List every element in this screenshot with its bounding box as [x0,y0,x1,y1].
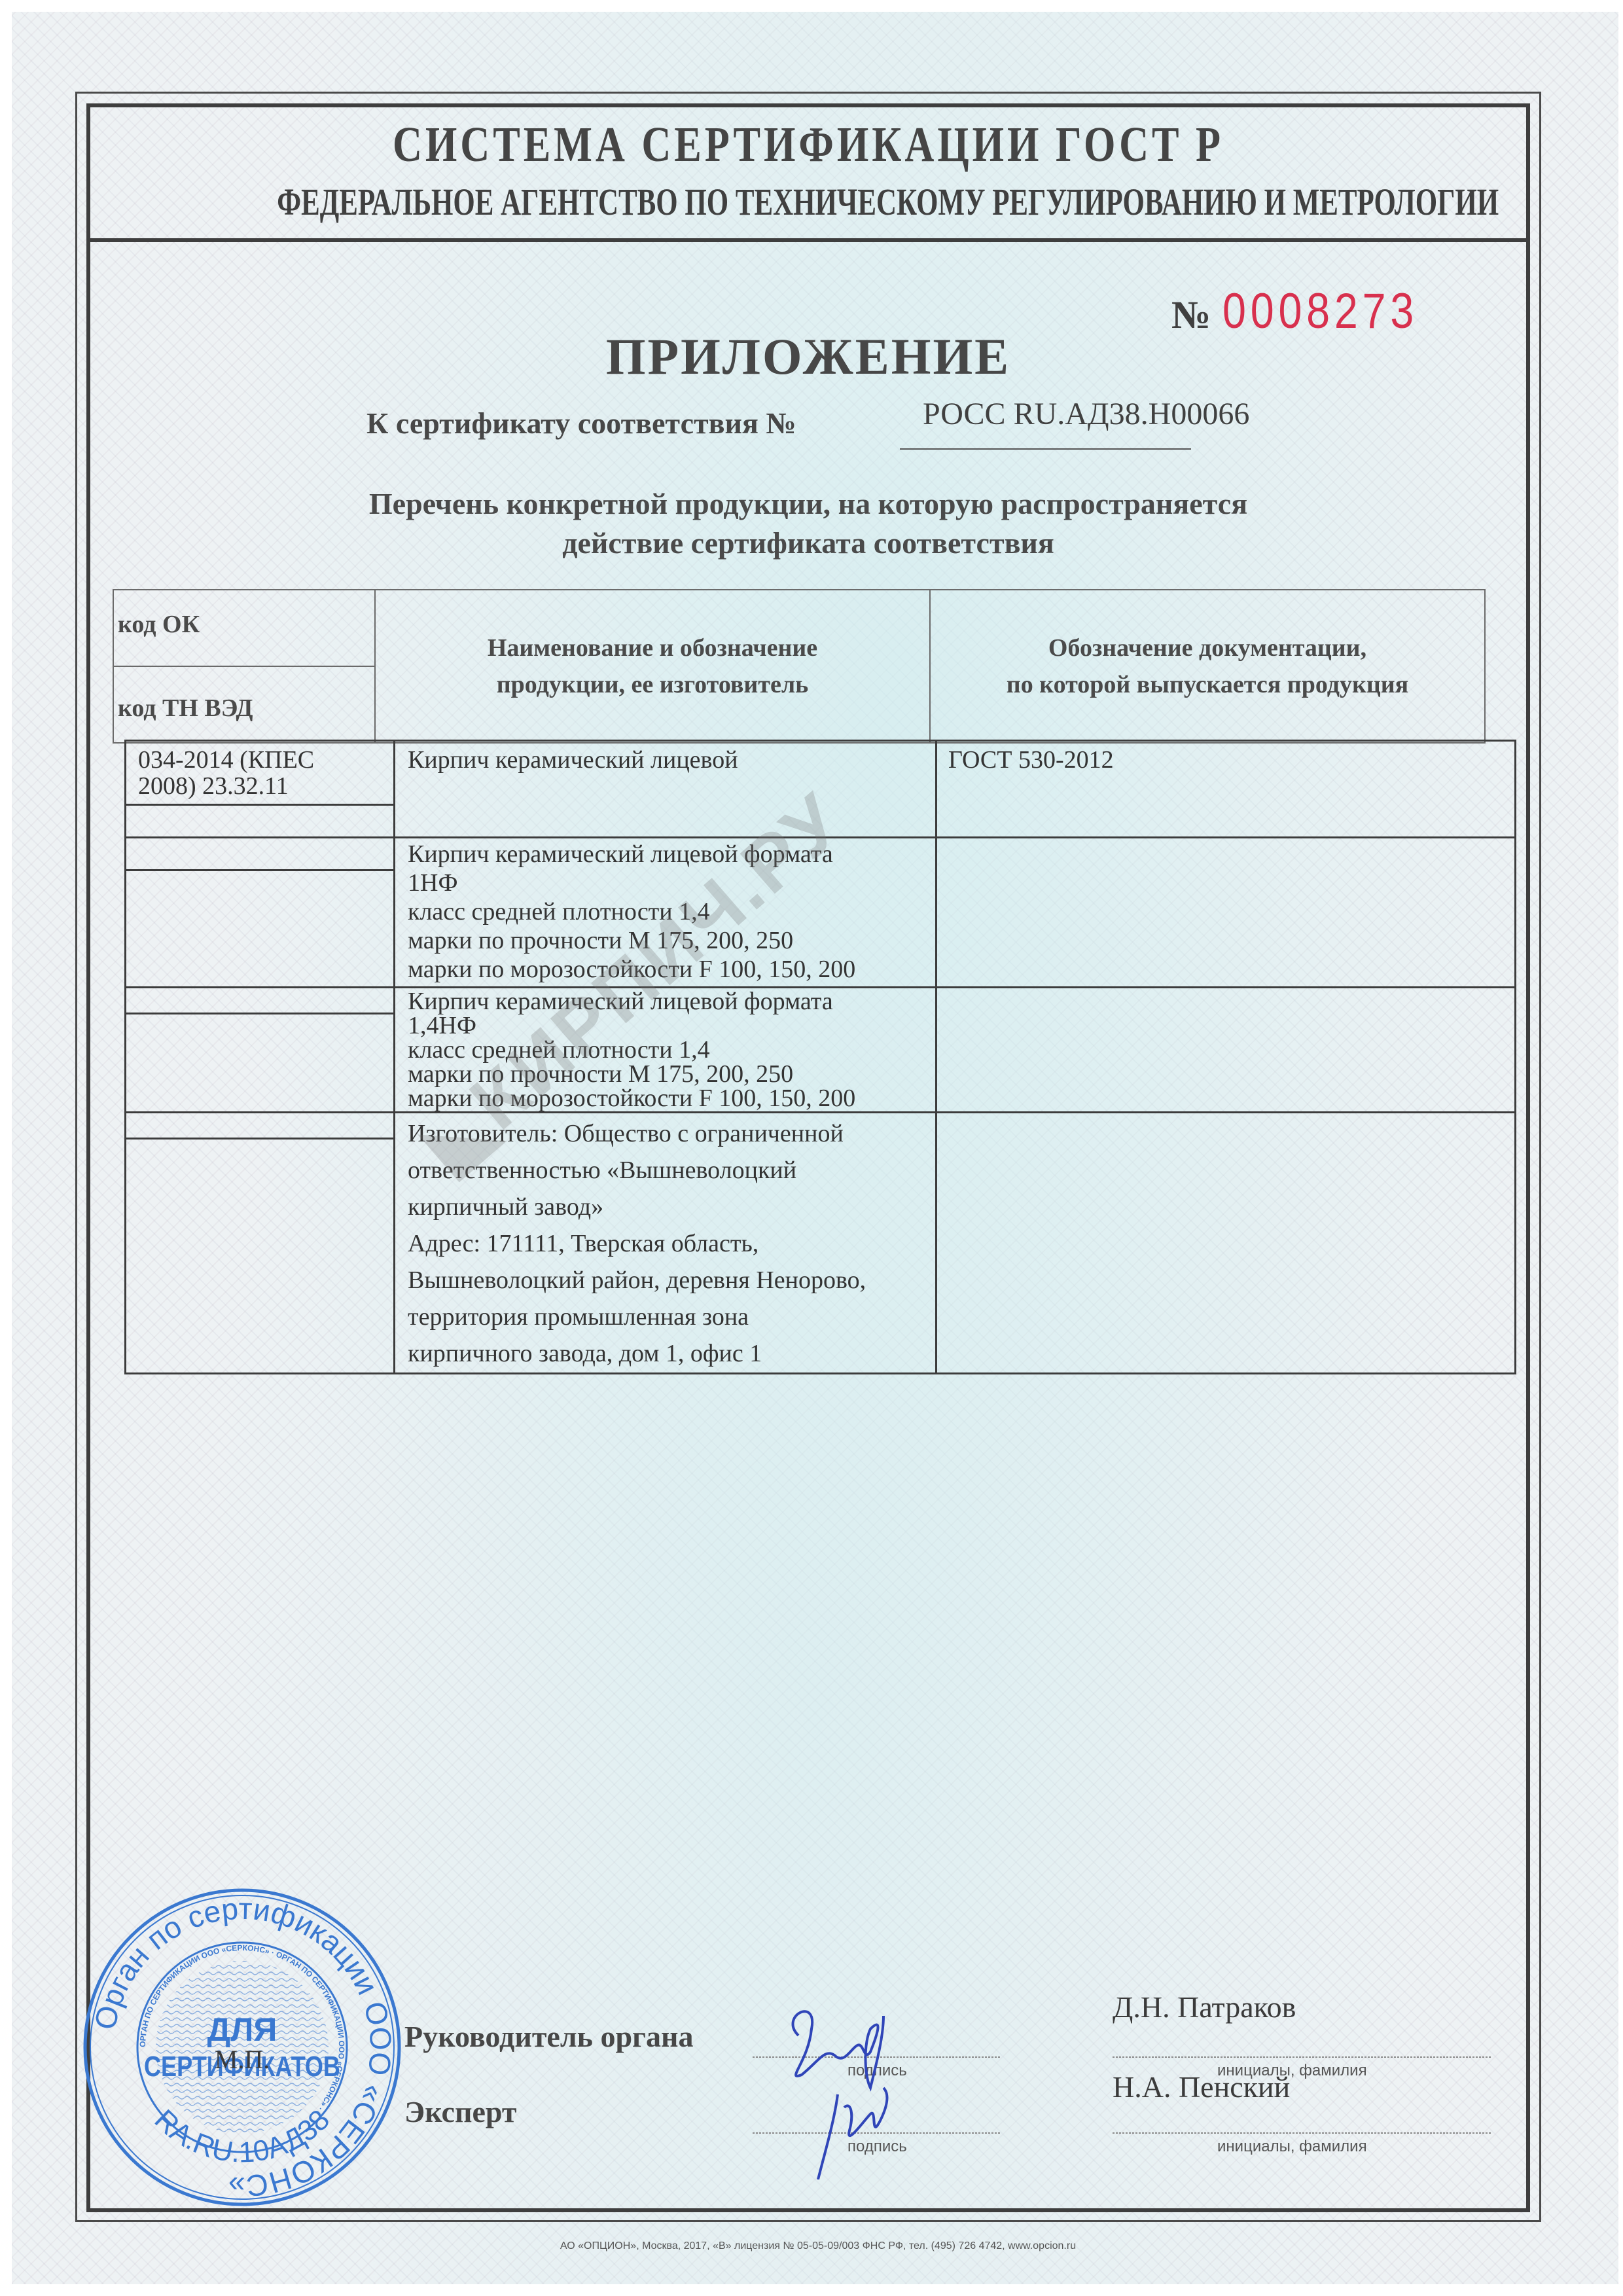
code-subdivider [126,869,395,871]
agency-title: ФЕДЕРАЛЬНОЕ АГЕНТСТВО ПО ТЕХНИЧЕСКОМУ РЕ… [277,180,1340,224]
handwritten-signature-icon [772,1990,929,2179]
header-col-doc: Обозначение документации, по которой вып… [931,590,1484,742]
certification-stamp: Орган по сертификации ООО «СЕРКОНС» RA.R… [80,1885,404,2210]
subtitle-line-2: действие сертификата соответствия [90,524,1526,563]
header-code-ok: код ОК [118,610,200,639]
header-col-codes: код ОК код ТН ВЭД [114,590,376,742]
header-code-tnved: код ТН ВЭД [118,694,253,723]
certificate-number-underline [900,448,1191,450]
table-row-1-name: Кирпич керамический лицевой [408,747,931,773]
header-code-divider [114,666,374,667]
document-subtitle: Перечень конкретной продукции, на котору… [90,484,1526,563]
table-header: код ОК код ТН ВЭД Наименование и обознач… [113,589,1486,744]
expert-name-caption: инициалы, фамилия [1217,2138,1367,2156]
stamp-seal-icon: Орган по сертификации ООО «СЕРКОНС» RA.R… [80,1885,404,2210]
header-name-label: Наименование и обозначение продукции, ее… [376,630,929,703]
expert-label: Эксперт [404,2094,516,2129]
document-title: ПРИЛОЖЕНИЕ [90,327,1526,386]
certificate-label: К сертификату соответствия № [366,406,796,440]
header-col-name: Наименование и обозначение продукции, ее… [376,590,931,742]
subtitle-line-1: Перечень конкретной продукции, на котору… [90,484,1526,524]
system-title: СИСТЕМА СЕРТИФИКАЦИИ ГОСТ Р [219,117,1397,173]
code-subdivider [126,1013,395,1014]
expert-name-line [1113,2132,1492,2134]
stamp-center-line1: ДЛЯ [207,2011,277,2048]
head-name-line [1113,2056,1492,2058]
code-subdivider [126,804,395,806]
header-separator [86,238,1530,242]
expert-name: Н.А. Пенский [1113,2070,1290,2104]
table-row-1-doc: ГОСТ 530-2012 [948,747,1511,773]
head-name: Д.Н. Патраков [1113,1990,1296,2024]
printer-footer: АО «ОПЦИОН», Москва, 2017, «В» лицензия … [458,2240,1178,2252]
head-of-body-label: Руководитель органа [404,2019,693,2054]
certificate-number: РОСС RU.АД38.Н00066 [923,396,1249,432]
table-row-1-code-ok: 034-2014 (КПЕС 2008) 23.32.11 [138,747,390,799]
header-doc-label: Обозначение документации, по которой вып… [931,630,1484,703]
seal-mark: М.П. [215,2045,270,2074]
code-subdivider [126,1138,395,1139]
